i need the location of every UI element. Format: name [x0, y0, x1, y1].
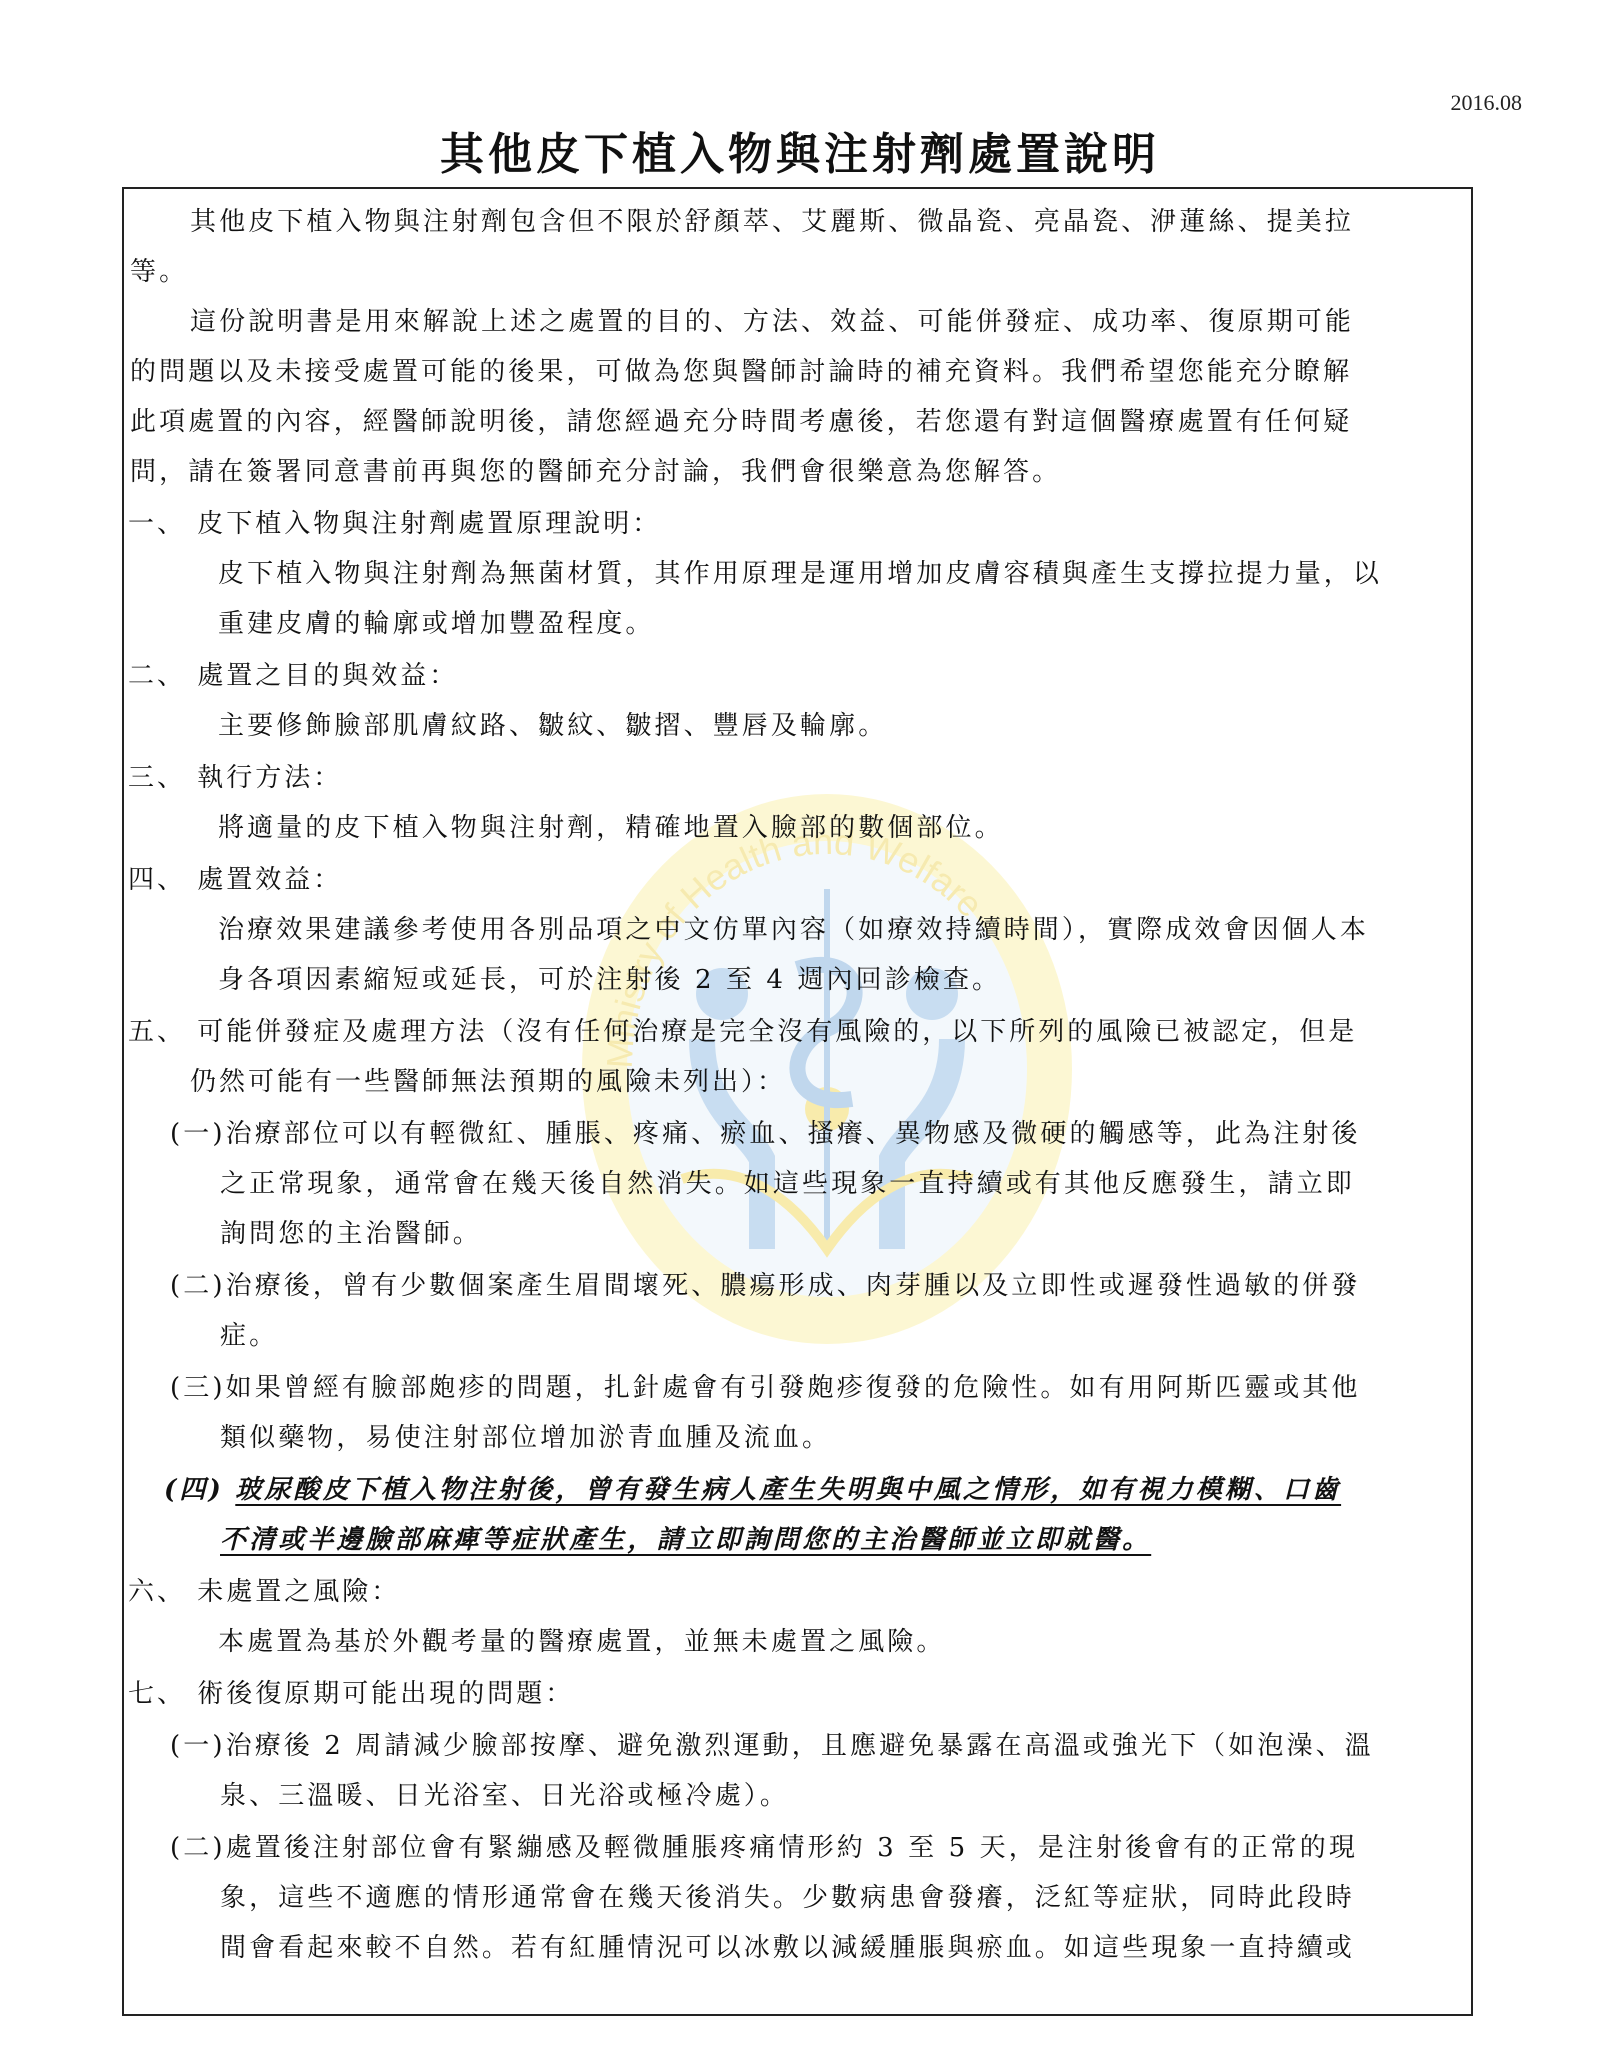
section-5-item-4-warning-line-2: 不清或半邊臉部麻痺等症狀產生，請立即詢問您的主治醫師並立即就醫。: [220, 1523, 1151, 1557]
section-5-item-2-label: (二): [170, 1271, 226, 1301]
section-6-number: 六、: [128, 1577, 186, 1607]
section-7-number: 七、: [128, 1679, 186, 1709]
section-5-title-line-2: 仍然可能有一些醫師無法預期的風險未列出）：: [190, 1065, 786, 1099]
section-4-title: 處置效益：: [197, 865, 342, 895]
section-7-item-1-line-2: 泉、三溫暖、日光浴室、日光浴或極冷處）。: [220, 1779, 789, 1813]
intro-p2-line-4: 問，請在簽署同意書前再與您的醫師充分討論，我們會很樂意為您解答。: [130, 455, 1061, 489]
section-7-item-2-line-1: (二)處置後注射部位會有緊繃感及輕微腫脹疼痛情形約 3 至 5 天，是注射後會有…: [170, 1831, 1358, 1865]
section-5-number: 五、: [128, 1017, 186, 1047]
section-7-title: 術後復原期可能出現的問題：: [197, 1679, 574, 1709]
section-2-heading: 二、 處置之目的與效益：: [128, 659, 458, 693]
section-7-item-2-line-2: 象，這些不適應的情形通常會在幾天後消失。少數病患會發癢，泛紅等症狀，同時此段時: [220, 1881, 1355, 1915]
intro-p1-line-2: 等。: [130, 255, 188, 289]
section-4-number: 四、: [128, 865, 186, 895]
section-5-item-3-label: (三): [170, 1373, 226, 1403]
section-5-item-1-label: (一): [170, 1119, 226, 1149]
section-2-title: 處置之目的與效益：: [197, 661, 458, 691]
intro-p2-line-1: 這份說明書是用來解說上述之處置的目的、方法、效益、可能併發症、成功率、復原期可能: [190, 305, 1354, 339]
section-1-number: 一、: [128, 509, 186, 539]
intro-p2-line-3: 此項處置的內容，經醫師說明後，請您經過充分時間考慮後，若您還有對這個醫療處置有任…: [130, 405, 1352, 439]
page-title: 其他皮下植入物與注射劑處置說明: [0, 118, 1600, 182]
section-4-body-line-1: 治療效果建議參考使用各別品項之中文仿單內容（如療效持續時間），實際成效會因個人本: [218, 913, 1369, 947]
section-3-heading: 三、 執行方法：: [128, 761, 342, 795]
section-5-item-1-line-2: 之正常現象，通常會在幾天後自然消失。如這些現象一直持續或有其他反應發生，請立即: [220, 1167, 1355, 1201]
section-6-title: 未處置之風險：: [197, 1577, 400, 1607]
section-5-item-2-line-2: 症。: [220, 1319, 278, 1353]
section-5-item-4-label: (四): [164, 1475, 224, 1505]
section-4-body-line-2: 身各項因素縮短或延長，可於注射後 2 至 4 週內回診檢查。: [218, 963, 1001, 997]
section-7-heading: 七、 術後復原期可能出現的問題：: [128, 1677, 574, 1711]
section-3-number: 三、: [128, 763, 186, 793]
section-1-body-line-1: 皮下植入物與注射劑為無菌材質，其作用原理是運用增加皮膚容積與產生支撐拉提力量，以: [218, 557, 1382, 591]
ministry-emblem-watermark-icon: Ministry of Health and Welfare: [572, 779, 1082, 1349]
document-date: 2016.08: [1451, 90, 1523, 116]
section-7-item-1-label: (一): [170, 1731, 226, 1761]
section-3-title: 執行方法：: [197, 763, 342, 793]
section-5-title-line-1: 可能併發症及處理方法（沒有任何治療是完全沒有風險的，以下所列的風險已被認定，但是: [197, 1017, 1357, 1047]
section-6-heading: 六、 未處置之風險：: [128, 1575, 400, 1609]
content-frame: Ministry of Health and Welfare 其他皮下植入物與注…: [122, 187, 1473, 2016]
section-5-item-3-line-2: 類似藥物，易使注射部位增加淤青血腫及流血。: [220, 1421, 831, 1455]
section-5-item-3-line-1: (三)如果曾經有臉部皰疹的問題，扎針處會有引發皰疹復發的危險性。如有用阿斯匹靈或…: [170, 1371, 1361, 1405]
intro-p1-line-1: 其他皮下植入物與注射劑包含但不限於舒顏萃、艾麗斯、微晶瓷、亮晶瓷、洢蓮絲、提美拉: [190, 205, 1354, 239]
section-7-item-1-line-1: (一)治療後 2 周請減少臉部按摩、避免激烈運動，且應避免暴露在高溫或強光下（如…: [170, 1729, 1374, 1763]
section-3-body-line-1: 將適量的皮下植入物與注射劑，精確地置入臉部的數個部位。: [218, 811, 1004, 845]
section-5-item-2-line-1: (二)治療後，曾有少數個案產生眉間壞死、膿瘍形成、肉芽腫以及立即性或遲發性過敏的…: [170, 1269, 1361, 1303]
section-1-title: 皮下植入物與注射劑處置原理說明：: [197, 509, 661, 539]
section-1-body-line-2: 重建皮膚的輪廓或增加豐盈程度。: [218, 607, 655, 641]
section-5-item-4-warning-line-1: (四) 玻尿酸皮下植入物注射後，曾有發生病人產生失明與中風之情形，如有視力模糊、…: [164, 1473, 1341, 1507]
section-6-body-line-1: 本處置為基於外觀考量的醫療處置，並無未處置之風險。: [218, 1625, 946, 1659]
section-5-item-1-line-1: (一)治療部位可以有輕微紅、腫脹、疼痛、瘀血、搔癢、異物感及微硬的觸感等，此為注…: [170, 1117, 1361, 1151]
section-2-body-line-1: 主要修飾臉部肌膚紋路、皺紋、皺摺、豐唇及輪廓。: [218, 709, 887, 743]
section-4-heading: 四、 處置效益：: [128, 863, 342, 897]
section-5-item-1-line-3: 詢問您的主治醫師。: [220, 1217, 482, 1251]
section-7-item-2-line-3: 間會看起來較不自然。若有紅腫情況可以冰敷以減緩腫脹與瘀血。如這些現象一直持續或: [220, 1931, 1355, 1965]
section-5-heading: 五、 可能併發症及處理方法（沒有任何治療是完全沒有風險的，以下所列的風險已被認定…: [128, 1015, 1357, 1049]
section-7-item-2-label: (二): [170, 1833, 226, 1863]
intro-p2-line-2: 的問題以及未接受處置可能的後果，可做為您與醫師討論時的補充資料。我們希望您能充分…: [130, 355, 1352, 389]
section-2-number: 二、: [128, 661, 186, 691]
section-1-heading: 一、 皮下植入物與注射劑處置原理說明：: [128, 507, 661, 541]
